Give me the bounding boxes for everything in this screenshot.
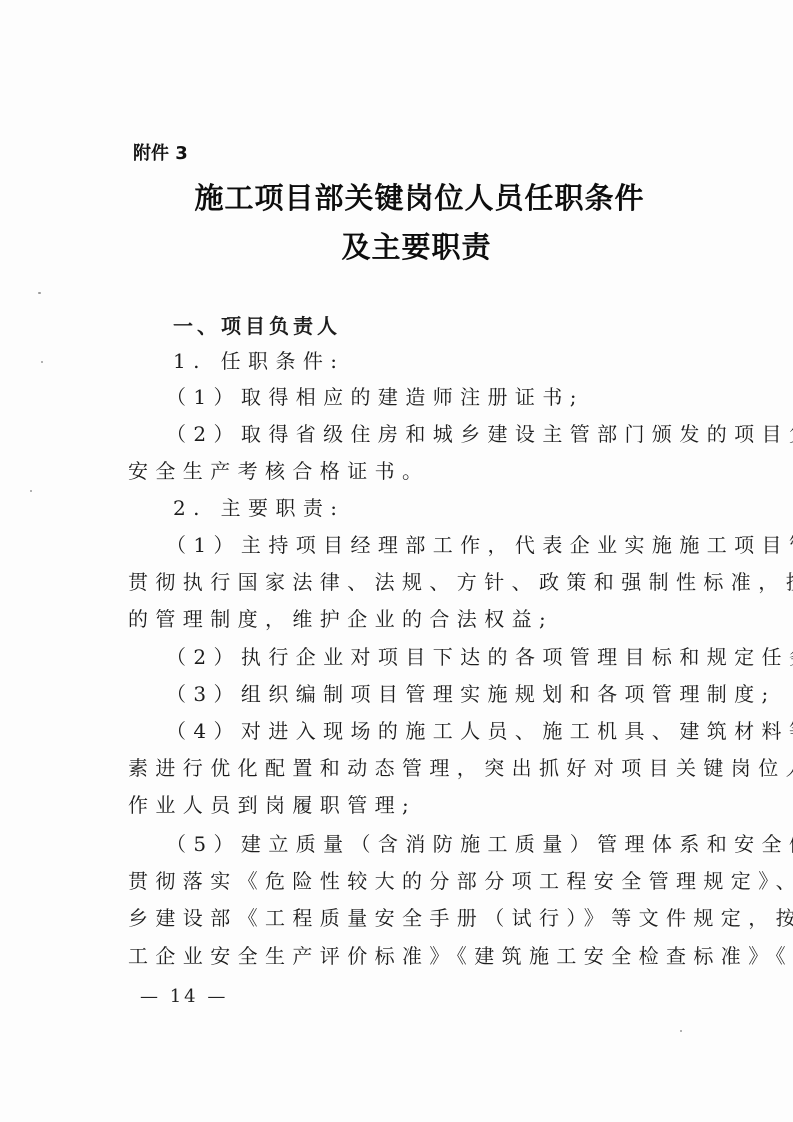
document-title-line-1: 施工项目部关键岗位人员任职条件: [23, 176, 793, 217]
scan-speck: [41, 361, 43, 363]
scan-speck: [30, 490, 32, 492]
list-item-line: （5）建立质量（含消防施工质量）管理体系和安全体系，: [166, 831, 736, 857]
list-item-line: （2）取得省级住房和城乡建设主管部门颁发的项目负责人: [166, 421, 736, 447]
list-item-line: （3）组织编制项目管理实施规划和各项管理制度;: [166, 681, 736, 707]
page-number: — 14 —: [140, 986, 228, 1007]
list-item-line: 安全生产考核合格证书。: [128, 458, 698, 484]
list-item-line: 贯彻执行国家法律、法规、方针、政策和强制性标准，执行企业: [128, 569, 698, 595]
list-item-line: 的管理制度，维护企业的合法权益;: [128, 606, 698, 632]
list-item-line: 贯彻落实《危险性较大的分部分项工程安全管理规定》、住房城: [128, 868, 698, 894]
list-item-line: 乡建设部《工程质量安全手册（试行）》等文件规定，按照《施: [128, 905, 698, 931]
list-item-line: （2）执行企业对项目下达的各项管理目标和规定任务;: [166, 644, 736, 670]
list-item-line: （1）主持项目经理部工作，代表企业实施施工项目管理，: [166, 532, 736, 558]
list-item-line: 素进行优化配置和动态管理，突出抓好对项目关键岗位人员和特种: [128, 755, 698, 781]
subsection-label: 1. 任职条件:: [173, 348, 743, 374]
scan-speck: [38, 292, 41, 294]
list-item-line: （1）取得相应的建造师注册证书;: [166, 384, 736, 410]
section-heading: 一、项目负责人: [173, 313, 743, 339]
scan-speck: [680, 1030, 682, 1032]
subsection-label: 2. 主要职责:: [173, 495, 743, 521]
document-title-line-2: 及主要职责: [20, 225, 793, 266]
document-page: 附件 3 施工项目部关键岗位人员任职条件 及主要职责 一、项目负责人 1. 任职…: [0, 0, 793, 1122]
attachment-label: 附件 3: [133, 139, 188, 165]
list-item-line: （4）对进入现场的施工人员、施工机具、建筑材料等生产要: [166, 718, 736, 744]
list-item-line: 工企业安全生产评价标准》《建筑施工安全检查标准》《工程建: [128, 943, 698, 969]
list-item-line: 作业人员到岗履职管理;: [128, 792, 698, 818]
